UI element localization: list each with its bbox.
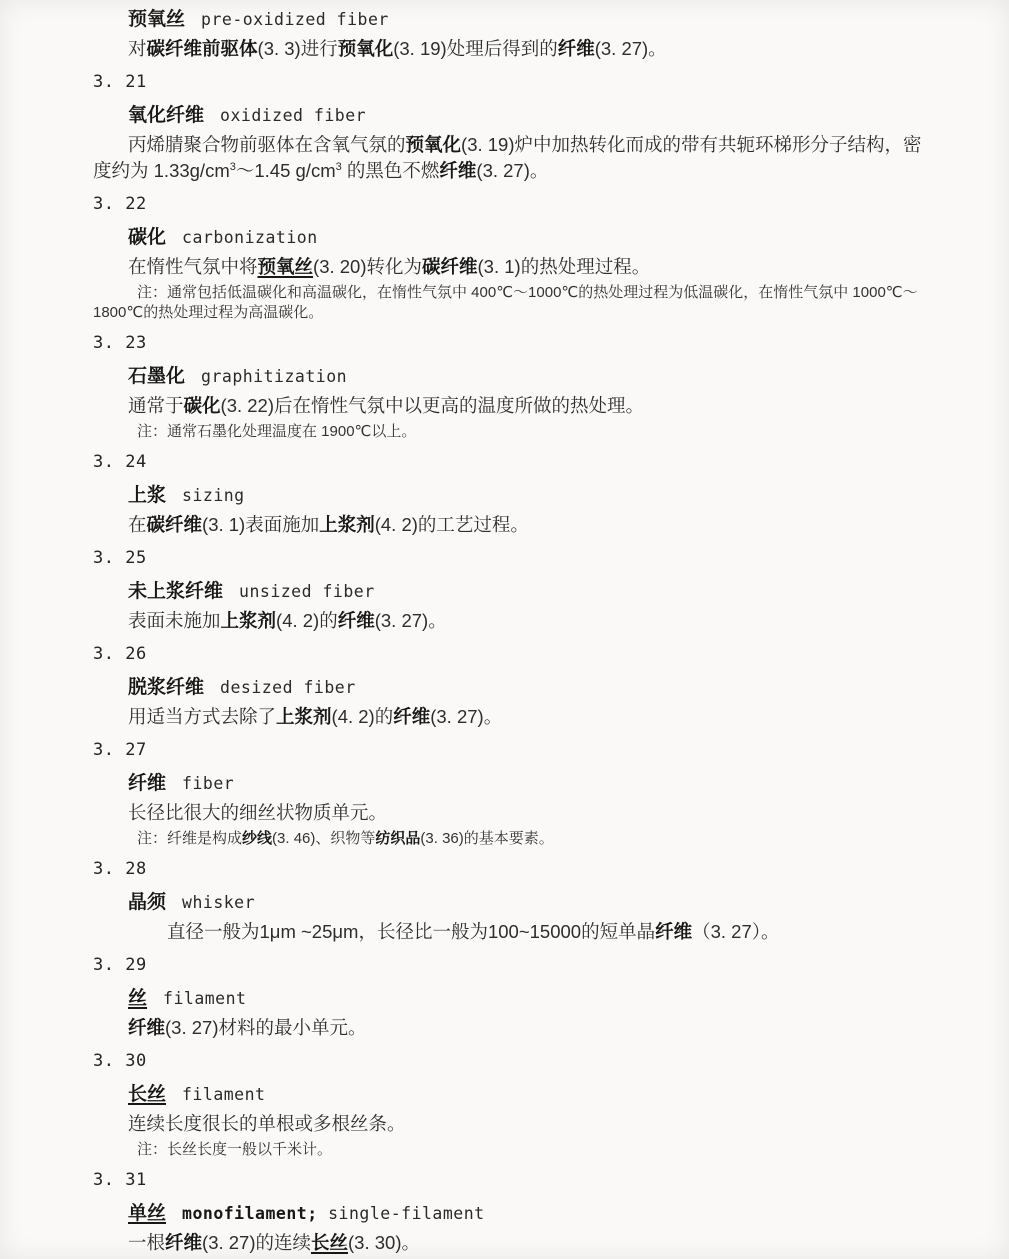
term-cn: 未上浆纤维 [128,581,223,602]
section-number: 3. 21 [93,71,925,93]
definition-text: 长径比很大的细丝状物质单元。 [93,800,925,826]
term-en: unsized fiber [239,582,375,601]
term-en: whisker [182,893,255,912]
term-cn: 碳化 [128,227,166,248]
definition-text: 在惰性气氛中将预氧丝(3. 20)转化为碳纤维(3. 1)的热处理过程。 [93,254,925,280]
term-line: 未上浆纤维unsized fiber [93,580,925,604]
term-entry: 3. 27 纤维fiber 长径比很大的细丝状物质单元。 注：纤维是构成纱线(3… [93,739,925,849]
definition-text: 丙烯腈聚合物前驱体在含氧气氛的预氧化(3. 19)炉中加热转化而成的带有共轭环梯… [93,132,925,184]
section-number: 3. 26 [93,643,925,665]
term-entry: 预氧丝pre-oxidized fiber 对碳纤维前驱体(3. 3)进行预氧化… [93,8,925,62]
definition-text: 表面未施加上浆剂(4. 2)的纤维(3. 27)。 [93,608,925,634]
term-en: graphitization [201,367,347,386]
section-number: 3. 28 [93,858,925,880]
term-cn: 氧化纤维 [128,105,204,126]
term-entry: 3. 28 晶须whisker 直径一般为1μm ~25μm，长径比一般为100… [93,858,925,945]
term-line: 石墨化graphitization [93,365,925,389]
definition-text: 在碳纤维(3. 1)表面施加上浆剂(4. 2)的工艺过程。 [93,512,925,538]
term-en: filament [163,989,246,1008]
term-cn: 丝 [128,988,147,1009]
term-entry: 3. 24 上浆sizing 在碳纤维(3. 1)表面施加上浆剂(4. 2)的工… [93,451,925,538]
term-entry: 3. 26 脱浆纤维desized fiber 用适当方式去除了上浆剂(4. 2… [93,643,925,730]
term-line: 长丝filament [93,1083,925,1107]
term-cn: 纤维 [128,773,166,794]
term-entry: 3. 31 单丝monofilament; single-filament 一根… [93,1169,925,1256]
term-en: oxidized fiber [220,106,366,125]
term-en: fiber [182,774,234,793]
term-line: 脱浆纤维desized fiber [93,676,925,700]
definition-text: 对碳纤维前驱体(3. 3)进行预氧化(3. 19)处理后得到的纤维(3. 27)… [93,36,925,62]
term-en: sizing [182,486,245,505]
section-number: 3. 23 [93,332,925,354]
term-entry: 3. 25 未上浆纤维unsized fiber 表面未施加上浆剂(4. 2)的… [93,547,925,634]
section-number: 3. 31 [93,1169,925,1191]
definition-text: 通常于碳化(3. 22)后在惰性气氛中以更高的温度所做的热处理。 [93,393,925,419]
term-entry: 3. 30 长丝filament 连续长度很长的单根或多根丝条。 注：长丝长度一… [93,1050,925,1160]
term-cn: 脱浆纤维 [128,677,204,698]
note-text: 注：通常石墨化处理温度在 1900℃以上。 [93,422,925,442]
term-cn: 上浆 [128,485,166,506]
note-text: 注：纤维是构成纱线(3. 46)、织物等纺织品(3. 36)的基本要素。 [93,829,925,849]
term-line: 丝filament [93,987,925,1011]
section-number: 3. 22 [93,193,925,215]
term-en: carbonization [182,228,318,247]
definition-text: 连续长度很长的单根或多根丝条。 [93,1111,925,1137]
term-cn: 单丝 [128,1203,166,1224]
definition-text: 纤维(3. 27)材料的最小单元。 [93,1015,925,1041]
section-number: 3. 30 [93,1050,925,1072]
document-page: 预氧丝pre-oxidized fiber 对碳纤维前驱体(3. 3)进行预氧化… [0,0,1009,1256]
section-number: 3. 27 [93,739,925,761]
term-en: desized fiber [220,678,356,697]
definition-text: 用适当方式去除了上浆剂(4. 2)的纤维(3. 27)。 [93,704,925,730]
note-text: 注：通常包括低温碳化和高温碳化，在惰性气氛中 400℃～1000℃的热处理过程为… [93,283,925,323]
term-en: filament [182,1085,265,1104]
term-entry: 3. 22 碳化carbonization 在惰性气氛中将预氧丝(3. 20)转… [93,193,925,323]
term-entry: 3. 21 氧化纤维oxidized fiber 丙烯腈聚合物前驱体在含氧气氛的… [93,71,925,184]
term-line: 纤维fiber [93,772,925,796]
definition-text: 直径一般为1μm ~25μm，长径比一般为100~15000的短单晶纤维（3. … [93,919,925,945]
definition-text: 一根纤维(3. 27)的连续长丝(3. 30)。 [93,1230,925,1256]
term-en: pre-oxidized fiber [201,10,389,29]
term-cn: 长丝 [128,1084,166,1105]
term-line: 上浆sizing [93,484,925,508]
term-entry: 3. 23 石墨化graphitization 通常于碳化(3. 22)后在惰性… [93,332,925,442]
term-line: 晶须whisker [93,891,925,915]
term-cn: 预氧丝 [128,9,185,30]
term-line: 预氧丝pre-oxidized fiber [93,8,925,32]
term-line: 单丝monofilament; single-filament [93,1202,925,1226]
note-text: 注：长丝长度一般以千米计。 [93,1140,925,1160]
term-entry: 3. 29 丝filament 纤维(3. 27)材料的最小单元。 [93,954,925,1041]
term-line: 氧化纤维oxidized fiber [93,104,925,128]
section-number: 3. 29 [93,954,925,976]
section-number: 3. 24 [93,451,925,473]
term-en: monofilament; single-filament [182,1204,485,1223]
term-cn: 石墨化 [128,366,185,387]
section-number: 3. 25 [93,547,925,569]
term-line: 碳化carbonization [93,226,925,250]
term-cn: 晶须 [128,892,166,913]
